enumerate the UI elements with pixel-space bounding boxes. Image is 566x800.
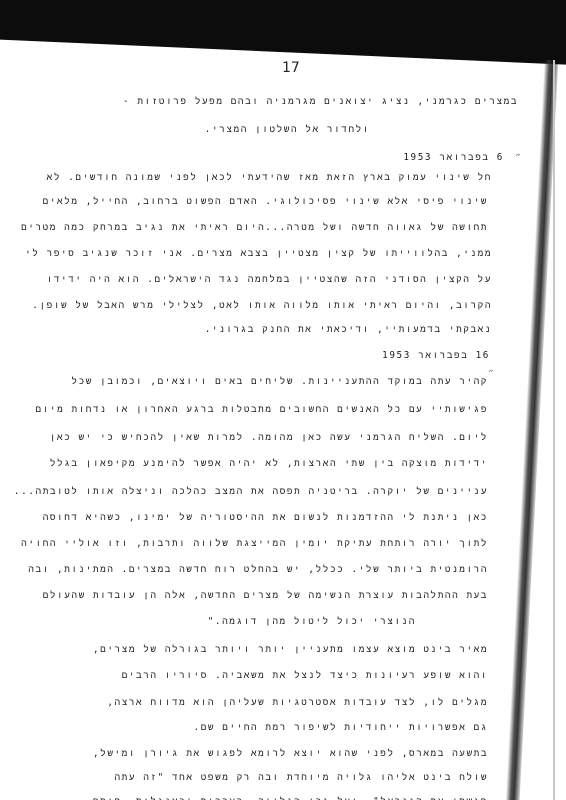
text-line: שולח בינט אליהו גלויה מיוחדת ובה רק משפט… — [114, 772, 488, 783]
scan-dark-border — [0, 0, 566, 66]
text-line: מגלים לו, לצד עובדות אסטרטגיות שעליהן הו… — [107, 697, 488, 708]
text-line: תחושה של גאווה חדשה ושל מטרה...היום ראית… — [21, 222, 488, 233]
text-line: הקרוב, והיום ראיתי אותו מלווה אותו לאט, … — [32, 300, 492, 311]
text-line: לתוך יורה רותחת עתיקת יומין המייצגת שלוו… — [21, 538, 488, 549]
text-line: על הקצין הסודני הזה שהצטיין במלחמה נגד ה… — [47, 274, 492, 285]
text-line: פגשתי את הגנראל", ועל גבי הגלויה, בערבית… — [93, 796, 488, 800]
text-line: בתשעה במארס, לפני שהוא יוצא לרומא לפגוש … — [93, 748, 488, 759]
text-line: נאבקתי בדמעותיי, ודיכאתי את החנק בגרוני. — [205, 324, 492, 335]
date-heading: 16 בפברואר 1953 — [382, 350, 490, 361]
date-heading: 6 בפברואר 1953 — [403, 152, 504, 163]
text-line: גם אפשרויות ייחודיות לשיפור רמת החיים שם… — [194, 722, 488, 733]
text-line: ידידות מוצקה בין שתי הארצות, לא יהיה אפש… — [50, 458, 488, 469]
text-line: קהיר עתה במוקד ההתעניינות. שליחים באים ו… — [71, 376, 488, 387]
quote-mark: ״ — [488, 368, 494, 378]
text-line: הרומנטית ביותר שלי. ככלל, יש בהחלט רוח ח… — [28, 564, 488, 575]
page-number: 17 — [282, 60, 300, 76]
scan-right-edge-shadow — [506, 60, 559, 800]
scan-right-border — [553, 60, 555, 800]
text-line: הנוצרי יכול ליטול מהן דוגמה." — [208, 616, 416, 627]
quote-mark: ״ — [515, 152, 521, 162]
text-line: ליום. השליח הגרמני עשה כאן מהומה. למרות … — [50, 432, 488, 443]
text-line: ולחדור אל השלטון המצרי. — [205, 124, 370, 135]
text-line: עניינים של יוקרה. בריטניה תפסה את המצב כ… — [14, 486, 488, 497]
text-line: שינוי פיסי אלא שינוי פסיכולוגי. האדם הפש… — [43, 196, 488, 207]
text-line: חל שינוי עמוק בארץ הזאת מאז שהידעתי לכאן… — [47, 172, 492, 183]
text-line: בעת ההתלהבות עוצרת הנשימה של מצרים החדשה… — [43, 590, 488, 601]
text-line: והוא שופע רעיונות כיצד לנצל את משאביה. ס… — [122, 670, 488, 681]
text-line: ממני, בהלווייתו של קצין מצטיין בצבא מצרי… — [25, 248, 492, 259]
text-line: במצרים כגרמני, נציג יצואנים מגרמניה ובהם… — [123, 96, 518, 107]
text-line: פגישותיי עם כל האנשים החשובים מתבטלות בר… — [36, 404, 488, 415]
text-line: כאן ניתנת לי ההזדמנות לנשום את ההיסטוריה… — [43, 512, 488, 523]
text-line: מאיר בינט מוצא עצמו מתעניין יותר ויותר ב… — [93, 644, 488, 655]
